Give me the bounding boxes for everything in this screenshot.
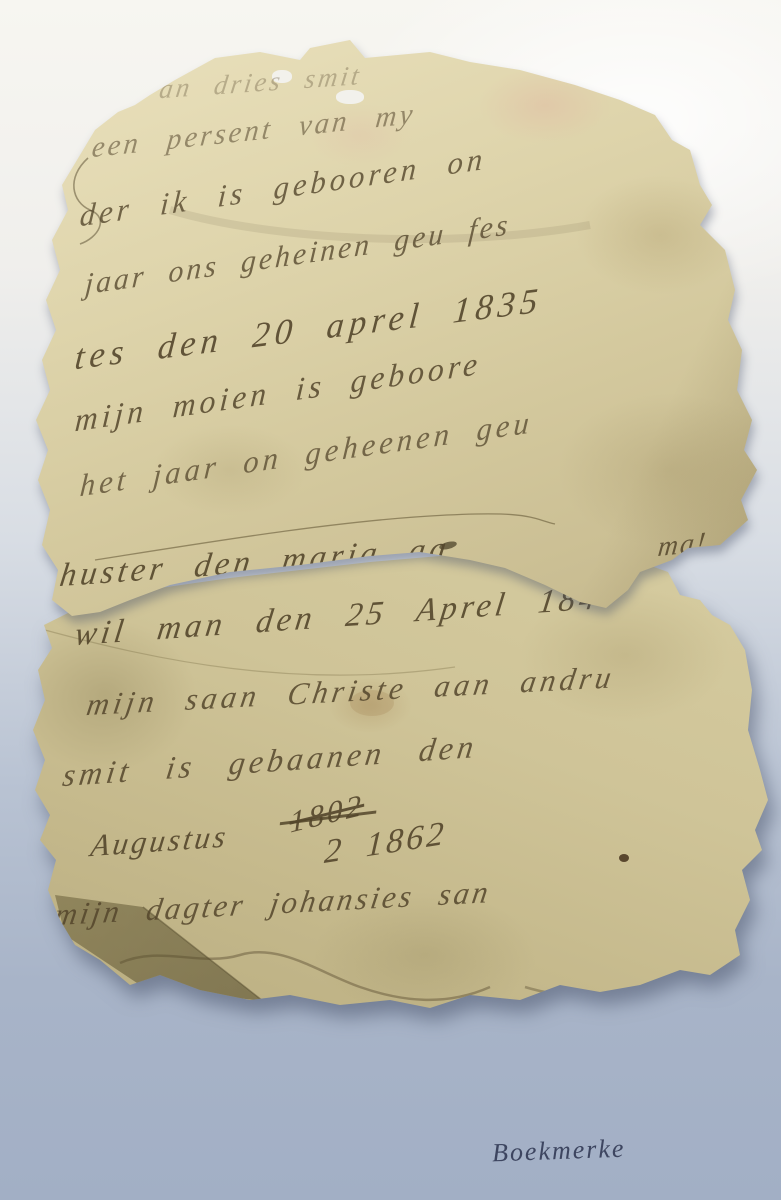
handwritten-line: mijn saan Christe aan andru xyxy=(84,659,618,723)
paper-stain xyxy=(350,690,394,716)
manuscript-fragment-upper: an an dries smit een persent van my der … xyxy=(0,0,781,1200)
handwritten-line: der ik is gebooren on xyxy=(79,141,488,235)
corrected-year: 2 1862 xyxy=(323,815,447,872)
handwritten-line: smit is gebaanen den xyxy=(60,728,480,794)
handwritten-line: wil man den 25 Aprel 184 xyxy=(72,580,602,654)
handwritten-line-with-correction: Augustus 1802 2 1862 xyxy=(88,798,509,866)
paper-creases xyxy=(25,535,770,1015)
pencil-annotation: Boekmerke xyxy=(492,1134,626,1169)
handwritten-line: mijn moien is geboore xyxy=(74,345,483,440)
paper-crack xyxy=(30,40,760,640)
handwritten-line: ma! xyxy=(656,527,709,565)
handwritten-line: jaar ons geheinen geu fes xyxy=(84,208,512,302)
handwritten-line: an an dries smit xyxy=(103,60,364,109)
handwritten-line: tes den 20 aprel 1835 xyxy=(73,280,544,378)
ink-stain xyxy=(619,854,629,862)
paper-hole xyxy=(336,90,364,104)
paper-hole xyxy=(272,70,292,83)
manuscript-fragment-lower: wil man den 25 Aprel 184 mijn saan Chris… xyxy=(0,0,781,1200)
line-text: Augustus xyxy=(89,818,231,863)
struck-out-year: 1802 xyxy=(289,787,365,841)
handwritten-line: een persent van my xyxy=(90,98,417,166)
paper-lower: wil man den 25 Aprel 184 mijn saan Chris… xyxy=(25,535,770,1015)
handwritten-line: huster den maria aa xyxy=(57,531,452,596)
handwritten-line: het jaar on geheenen geu xyxy=(79,404,534,504)
handwritten-line: mijn dagter johansies san xyxy=(52,874,494,933)
folded-corner xyxy=(25,535,770,1015)
photo-of-manuscript: wil man den 25 Aprel 184 mijn saan Chris… xyxy=(0,0,781,1200)
paper-upper: an an dries smit een persent van my der … xyxy=(30,40,760,640)
ink-stain xyxy=(438,540,457,551)
